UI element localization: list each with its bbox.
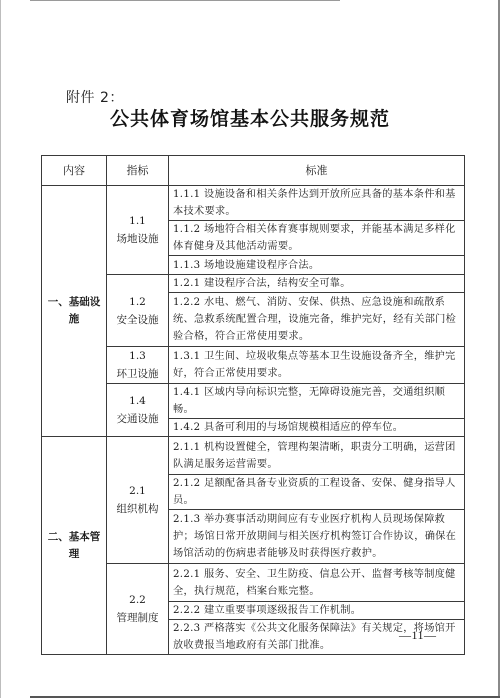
indicator-name: 场地设施 bbox=[111, 230, 164, 248]
indicator-name: 环卫设施 bbox=[111, 365, 164, 383]
page-number: —11— bbox=[399, 628, 437, 643]
section-basic-management: 二、基本管理 bbox=[42, 437, 107, 655]
indicator-1-4: 1.4 交通设施 bbox=[107, 384, 169, 437]
page-edge-top bbox=[30, 0, 340, 1]
indicator-number: 2.2 bbox=[111, 591, 164, 609]
table-row: 二、基本管理 2.1 组织机构 2.1.1 机构设置健全，管理构架清晰，职责分工… bbox=[42, 437, 465, 475]
indicator-number: 1.3 bbox=[111, 347, 164, 365]
standard-1-2-2: 1.2.2 水电、燃气、消防、安保、供热、应急设施和疏散系统、急救系统配置合理，… bbox=[169, 293, 465, 347]
indicator-name: 安全设施 bbox=[111, 311, 164, 329]
document-title: 公共体育场馆基本公共服务规范 bbox=[0, 104, 500, 131]
indicator-number: 1.1 bbox=[111, 212, 164, 230]
standard-1-1-1: 1.1.1 设施设备和相关条件达到开放所应具备的基本条件和基本技术要求。 bbox=[169, 186, 465, 221]
standard-1-4-2: 1.4.2 具备可利用的与场馆规模相适应的停车位。 bbox=[169, 419, 465, 437]
indicator-2-2: 2.2 管理制度 bbox=[107, 564, 169, 655]
indicator-name: 交通设施 bbox=[111, 410, 164, 428]
standard-1-1-2: 1.1.2 场地符合相关体育赛事规则要求，并能基本满足多样化体育健身及其他活动需… bbox=[169, 221, 465, 256]
service-standards-table: 内容 指标 标准 一、基础设施 1.1 场地设施 1.1.1 设施设备和相关条件… bbox=[41, 155, 465, 655]
standard-2-1-2: 2.1.2 足额配备具备专业资质的工程设备、安保、健身指导人员。 bbox=[169, 475, 465, 510]
standard-2-1-1: 2.1.1 机构设置健全，管理构架清晰，职责分工明确，运营团队满足服务运营需要。 bbox=[169, 437, 465, 475]
indicator-1-3: 1.3 环卫设施 bbox=[107, 347, 169, 384]
indicator-name: 管理制度 bbox=[111, 609, 164, 627]
standard-2-1-3: 2.1.3 举办赛事活动期间应有专业医疗机构人员现场保障救护；场馆日常开放期间与… bbox=[169, 510, 465, 564]
standard-1-2-1: 1.2.1 建设程序合法，结构安全可靠。 bbox=[169, 275, 465, 293]
indicator-name: 组织机构 bbox=[111, 500, 164, 518]
table-row: 一、基础设施 1.1 场地设施 1.1.1 设施设备和相关条件达到开放所应具备的… bbox=[42, 186, 465, 221]
standard-1-4-1: 1.4.1 区域内导向标识完整，无障碍设施完善，交通组织顺畅。 bbox=[169, 384, 465, 419]
header-standard: 标准 bbox=[169, 156, 465, 186]
section-basic-facilities: 一、基础设施 bbox=[42, 186, 107, 437]
standard-2-2-1: 2.2.1 服务、安全、卫生防疫、信息公开、监督考核等制度健全，执行规范，档案台… bbox=[169, 564, 465, 602]
table-header-row: 内容 指标 标准 bbox=[42, 156, 465, 186]
indicator-number: 1.2 bbox=[111, 293, 164, 311]
indicator-1-1: 1.1 场地设施 bbox=[107, 186, 169, 275]
indicator-number: 1.4 bbox=[111, 392, 164, 410]
standard-2-2-2: 2.2.2 建立重要事项逐级报告工作机制。 bbox=[169, 602, 465, 620]
indicator-1-2: 1.2 安全设施 bbox=[107, 275, 169, 347]
standard-1-3-1: 1.3.1 卫生间、垃圾收集点等基本卫生设施设备齐全，维护完好，符合正常使用要求… bbox=[169, 347, 465, 384]
header-content: 内容 bbox=[42, 156, 107, 186]
standard-1-1-3: 1.1.3 场地设施建设程序合法。 bbox=[169, 256, 465, 275]
header-indicator: 指标 bbox=[107, 156, 169, 186]
indicator-number: 2.1 bbox=[111, 482, 164, 500]
indicator-2-1: 2.1 组织机构 bbox=[107, 437, 169, 564]
